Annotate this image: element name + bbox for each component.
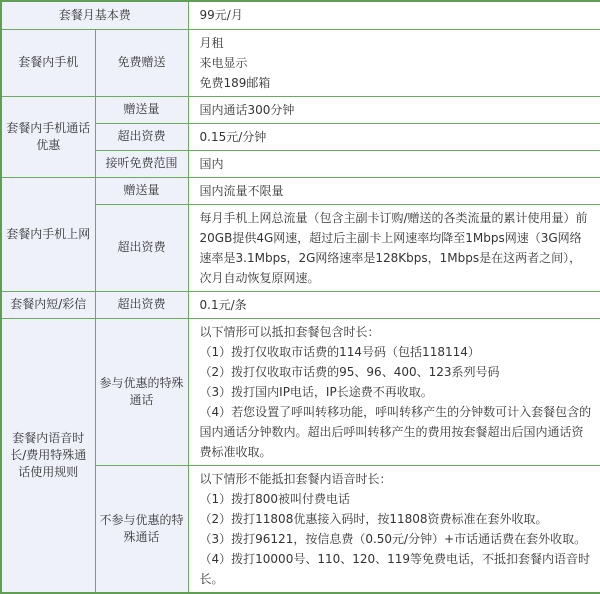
- voice-rules-label: 套餐内语音时长/费用特殊通话使用规则: [1, 318, 95, 593]
- plan-details-page: 套餐月基本费 99元/月 套餐内手机 免费赠送 月租 来电显示 免费189邮箱 …: [0, 0, 600, 483]
- call-discount-label: 套餐内手机通话优惠: [1, 96, 95, 177]
- mobile-internet-label: 套餐内手机上网: [1, 177, 95, 291]
- table-row: 套餐月基本费 99元/月: [1, 1, 600, 29]
- mobile-internet-included-value: 国内流量不限量: [188, 177, 600, 204]
- monthly-fee-value: 99元/月: [188, 1, 600, 29]
- table-row: 套餐内语音时长/费用特殊通话使用规则 参与优惠的特殊通话 以下情形可以抵扣套餐包…: [1, 318, 600, 465]
- call-discount-included-value: 国内通话300分钟: [188, 96, 600, 123]
- table-row: 套餐内手机通话优惠 赠送量 国内通话300分钟: [1, 96, 600, 123]
- sms-mms-overage-sublabel: 超出资费: [95, 291, 188, 318]
- call-discount-freeanswer-value: 国内: [188, 150, 600, 177]
- voice-rules-discounted-sublabel: 参与优惠的特殊通话: [95, 318, 188, 465]
- call-discount-overage-sublabel: 超出资费: [95, 123, 188, 150]
- sms-mms-label: 套餐内短/彩信: [1, 291, 95, 318]
- voice-rules-nondiscounted-sublabel: 不参与优惠的特殊通话: [95, 465, 188, 593]
- table-row: 套餐内短/彩信 超出资费 0.1元/条: [1, 291, 600, 318]
- sms-mms-overage-value: 0.1元/条: [188, 291, 600, 318]
- table-row: 套餐内手机 免费赠送 月租 来电显示 免费189邮箱: [1, 29, 600, 96]
- in-plan-phone-label: 套餐内手机: [1, 29, 95, 96]
- in-plan-phone-sublabel: 免费赠送: [95, 29, 188, 96]
- voice-rules-nondiscounted-value: 以下情形不能抵扣套餐内语音时长： （1）拨打800被叫付费电话 （2）拨打118…: [188, 465, 600, 593]
- mobile-internet-overage-sublabel: 超出资费: [95, 204, 188, 291]
- table-row: 套餐内手机上网 赠送量 国内流量不限量: [1, 177, 600, 204]
- in-plan-phone-value: 月租 来电显示 免费189邮箱: [188, 29, 600, 96]
- call-discount-included-sublabel: 赠送量: [95, 96, 188, 123]
- call-discount-freeanswer-sublabel: 接听免费范围: [95, 150, 188, 177]
- call-discount-overage-value: 0.15元/分钟: [188, 123, 600, 150]
- voice-rules-discounted-value: 以下情形可以抵扣套餐包含时长： （1）拨打仅收取市话费的114号码（包括1181…: [188, 318, 600, 465]
- mobile-internet-included-sublabel: 赠送量: [95, 177, 188, 204]
- plan-details-table: 套餐月基本费 99元/月 套餐内手机 免费赠送 月租 来电显示 免费189邮箱 …: [0, 0, 600, 594]
- monthly-fee-label: 套餐月基本费: [1, 1, 188, 29]
- mobile-internet-overage-value: 每月手机上网总流量（包含主副卡订购/赠送的各类流量的累计使用量）前20GB提供4…: [188, 204, 600, 291]
